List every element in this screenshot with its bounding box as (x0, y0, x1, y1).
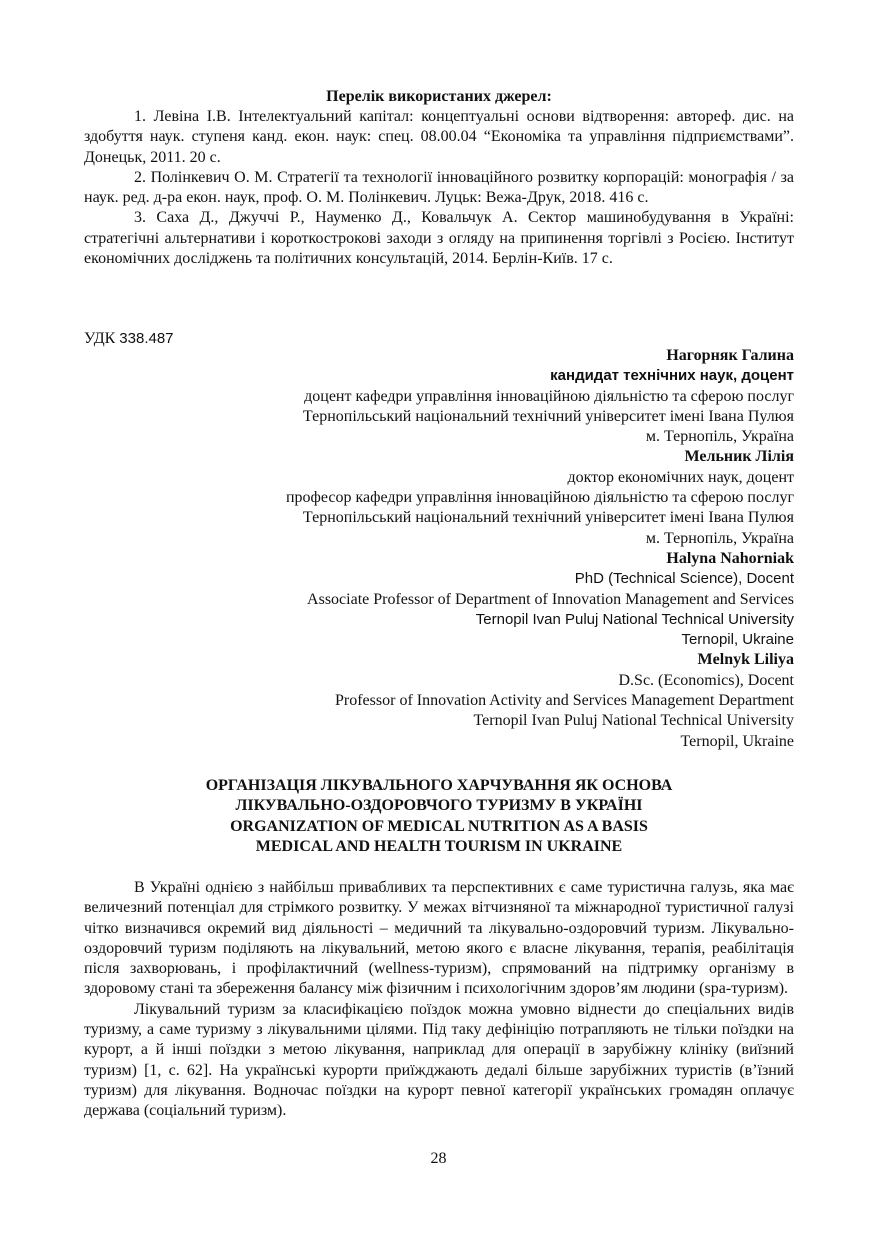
references-list: 1. Левіна І.В. Інтелектуальний капітал: … (84, 107, 794, 269)
author-name: Melnyk Liliya (154, 650, 794, 670)
author-position: Associate Professor of Department of Inn… (154, 590, 794, 610)
article-body: В Україні однією з найбільш привабливих … (84, 878, 794, 1122)
page-number: 28 (0, 1150, 877, 1168)
author-city: Ternopil, Ukraine (154, 732, 794, 752)
author-university: Тернопільський національний технічний ун… (154, 407, 794, 427)
body-paragraph: В Україні однією з найбільш привабливих … (84, 878, 794, 1000)
udk-label: УДК (84, 330, 115, 347)
document-page: Перелік використаних джерел: 1. Левіна І… (0, 0, 877, 1240)
author-degree: доктор економічних наук, доцент (154, 468, 794, 488)
title-ua-line: ЛІКУВАЛЬНО-ОЗДОРОВЧОГО ТУРИЗМУ В УКРАЇНІ (84, 796, 794, 816)
author-position: професор кафедри управління інноваційною… (154, 488, 794, 508)
author-university: Ternopil Ivan Puluj National Technical U… (154, 711, 794, 731)
author-name: Мельник Лілія (154, 447, 794, 467)
author-university: Тернопільський національний технічний ун… (154, 508, 794, 528)
author-city: м. Тернопіль, Україна (154, 427, 794, 447)
author-name: Halyna Nahorniak (154, 549, 794, 569)
udk-number: 338.487 (119, 330, 173, 347)
author-position: доцент кафедри управління інноваційною д… (154, 387, 794, 407)
author-degree: PhD (Technical Science), Docent (154, 569, 794, 589)
title-ua-line: ОРГАНІЗАЦІЯ ЛІКУВАЛЬНОГО ХАРЧУВАННЯ ЯК О… (84, 776, 794, 796)
author-position: Professor of Innovation Activity and Ser… (154, 691, 794, 711)
author-university: Ternopil Ivan Puluj National Technical U… (154, 610, 794, 630)
title-en-line: MEDICAL AND HEALTH TOURISM IN UKRAINE (84, 837, 794, 857)
author-block: Нагорняк Галина кандидат технічних наук,… (154, 346, 794, 752)
author-city: Ternopil, Ukraine (154, 630, 794, 650)
article-title: ОРГАНІЗАЦІЯ ЛІКУВАЛЬНОГО ХАРЧУВАННЯ ЯК О… (84, 776, 794, 857)
author-city: м. Тернопіль, Україна (154, 529, 794, 549)
author-degree: D.Sc. (Economics), Docent (154, 671, 794, 691)
reference-item: 2. Полінкевич О. М. Стратегії та техноло… (84, 168, 794, 209)
author-name: Нагорняк Галина (154, 346, 794, 366)
reference-item: 1. Левіна І.В. Інтелектуальний капітал: … (84, 107, 794, 168)
body-paragraph: Лікувальний туризм за класифікацією поїз… (84, 1000, 794, 1122)
references-heading: Перелік використаних джерел: (84, 87, 794, 107)
reference-item: 3. Саха Д., Джуччі Р., Науменко Д., Кова… (84, 208, 794, 269)
title-en-line: ORGANIZATION OF MEDICAL NUTRITION AS A B… (84, 817, 794, 837)
author-degree: кандидат технічних наук, доцент (154, 366, 794, 386)
